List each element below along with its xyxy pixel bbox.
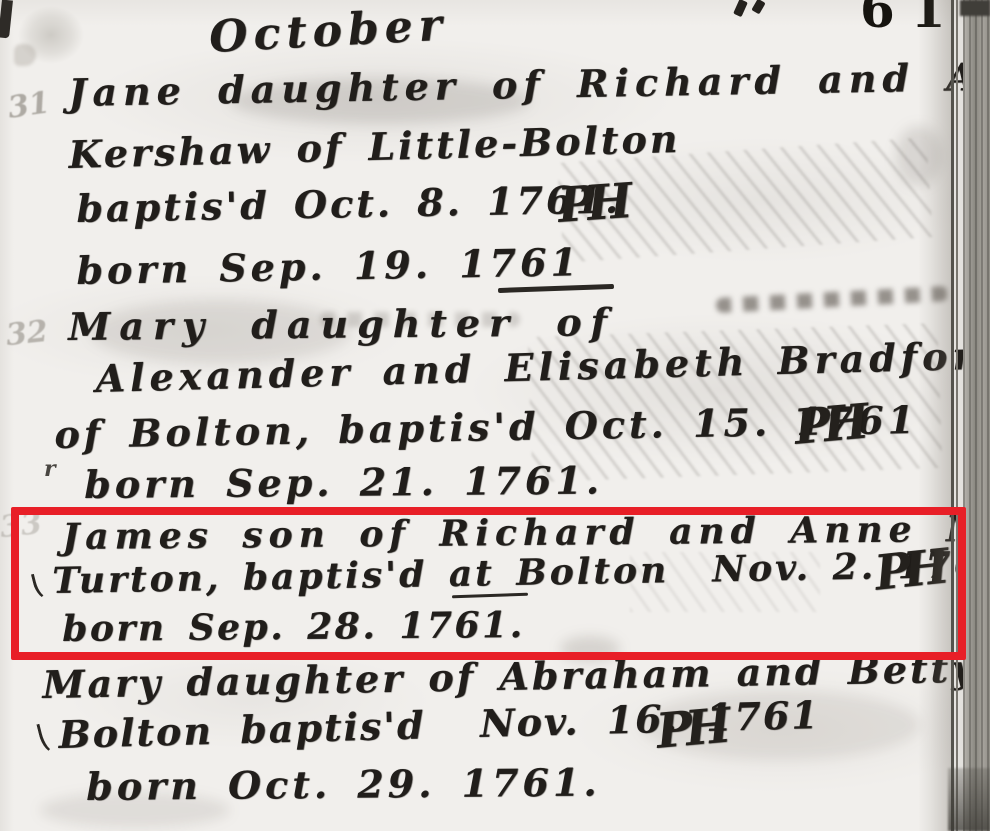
entry-line: Mary daughter of xyxy=(68,301,616,348)
cutoff-stroke xyxy=(751,0,765,14)
minister-initials: PH xyxy=(792,394,864,456)
highlight-box xyxy=(11,507,966,660)
month-header: October xyxy=(208,2,449,63)
minister-initials: PH xyxy=(556,173,627,234)
margin-number: 32 xyxy=(4,314,49,353)
insertion-mark: r xyxy=(44,456,56,482)
minister-initials: PH xyxy=(654,698,726,760)
entry-line: born Sep. 19. 1761 xyxy=(76,241,581,292)
adjacent-page-edge xyxy=(963,0,990,831)
corner-ink-mark xyxy=(0,0,13,38)
entry-line: born Oct. 29. 1761. xyxy=(86,762,601,808)
stamp-mark-tail xyxy=(14,44,36,66)
register-page-scan: 61 October 31 32 33 Jane daughter of Ric… xyxy=(0,0,990,831)
binding-edge xyxy=(951,0,954,831)
binding-edge xyxy=(956,0,958,831)
entry-line: baptis'd Oct. 8. 1761. xyxy=(76,178,621,229)
adjacent-page-edge-dark xyxy=(960,0,990,16)
entry-line: Kershaw of Little-Bolton xyxy=(68,118,681,176)
entry-line: Jane daughter of Richard and Anne xyxy=(68,54,990,113)
bleedthrough-smudge xyxy=(716,286,948,313)
cutoff-stroke xyxy=(733,0,748,17)
entry-line: born Sep. 21. 1761. xyxy=(84,459,603,505)
ink-flourish xyxy=(36,720,60,755)
entry-line: of Bolton, baptis'd Oct. 15. 1761 xyxy=(54,399,918,456)
margin-number: 31 xyxy=(6,85,52,125)
adjacent-page-edge-dark xyxy=(948,768,990,831)
binding-shadow xyxy=(918,0,952,831)
